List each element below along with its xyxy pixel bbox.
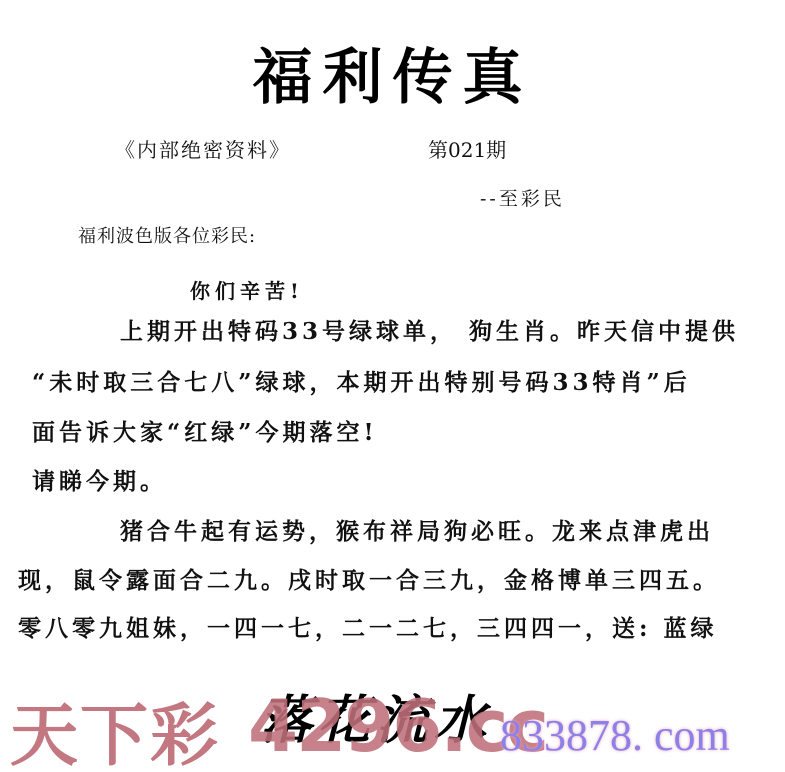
- document-subtitle: 《内部绝密资料》: [115, 134, 291, 163]
- watermark-brand: 天下彩: [10, 682, 220, 772]
- body-line: 零八零九姐妹，一四一七，二一二七，三四四一，送: 蓝绿: [18, 610, 718, 643]
- body-line: 猪合牛起有运势，猴布祥局狗必旺。龙来点津虎出: [120, 513, 714, 546]
- salutation: 你们辛苦!: [190, 275, 304, 304]
- body-line: 面告诉大家“红绿”今期落空!: [32, 414, 378, 447]
- body-line: 现，鼠令露面合二九。戌时取一合三九，金格博单三四五。: [18, 562, 720, 595]
- body-line: “未时取三合七八”绿球，本期开出特别号码33特肖”后: [32, 364, 691, 397]
- watermark-link: 833878. com: [500, 710, 730, 761]
- body-line: 上期开出特码33号绿球单， 狗生肖。昨天信中提供: [120, 313, 739, 346]
- issue-number: 第021期: [428, 134, 506, 163]
- body-line: 请睇今期。: [32, 463, 167, 496]
- signoff: --至彩民: [480, 184, 565, 211]
- document-title: 福利传真: [0, 30, 785, 116]
- greeting: 福利波色版各位彩民:: [78, 222, 256, 248]
